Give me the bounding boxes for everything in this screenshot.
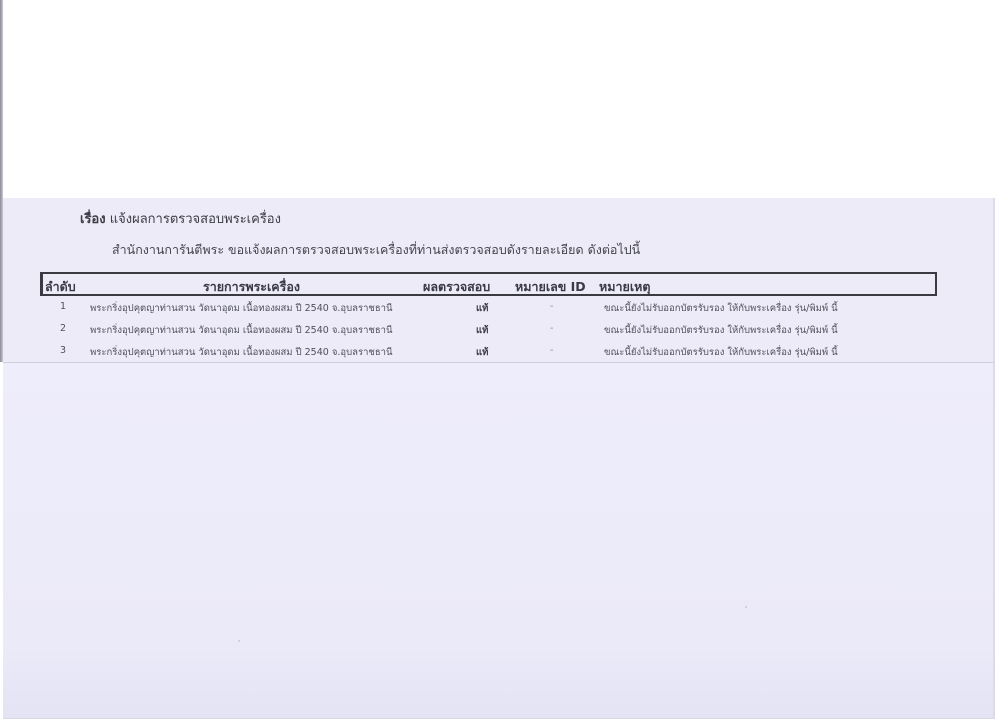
subject-label: เรื่อง xyxy=(80,212,106,227)
table-header: ลำดับ รายการพระเครื่อง ผลตรวจสอบ หมายเลข… xyxy=(40,272,937,296)
row-item: พระกริ่งอุปคุตญาท่านสวน วัดนาอุดม เนื้อท… xyxy=(90,301,392,316)
row-note: ขณะนี้ยังไม่รับออกบัตรรับรอง ให้กับพระเค… xyxy=(604,323,838,338)
subject-line: เรื่อง แจ้งผลการตรวจสอบพระเครื่อง xyxy=(80,208,281,229)
row-id: - xyxy=(550,323,553,334)
row-no: 1 xyxy=(60,301,66,312)
header-result: ผลตรวจสอบ xyxy=(423,277,490,297)
row-id: - xyxy=(550,345,553,356)
intro-paragraph: สำนักงานการันตีพระ ขอแจ้งผลการตรวจสอบพระ… xyxy=(112,240,640,260)
header-no: ลำดับ xyxy=(45,277,76,297)
row-result: แท้ xyxy=(476,323,488,338)
row-note: ขณะนี้ยังไม่รับออกบัตรรับรอง ให้กับพระเค… xyxy=(604,301,838,316)
scan-speck xyxy=(745,606,747,608)
paper-lower-section xyxy=(3,362,995,718)
table-row: 3 พระกริ่งอุปคุตญาท่านสวน วัดนาอุดม เนื้… xyxy=(40,342,937,362)
subject-text: แจ้งผลการตรวจสอบพระเครื่อง xyxy=(110,212,281,227)
row-result: แท้ xyxy=(476,301,488,316)
row-note: ขณะนี้ยังไม่รับออกบัตรรับรอง ให้กับพระเค… xyxy=(604,345,838,360)
row-item: พระกริ่งอุปคุตญาท่านสวน วัดนาอุดม เนื้อท… xyxy=(90,323,392,338)
table-row: 2 พระกริ่งอุปคุตญาท่านสวน วัดนาอุดม เนื้… xyxy=(40,320,937,340)
row-item: พระกริ่งอุปคุตญาท่านสวน วัดนาอุดม เนื้อท… xyxy=(90,345,392,360)
table-row: 1 พระกริ่งอุปคุตญาท่านสวน วัดนาอุดม เนื้… xyxy=(40,298,937,318)
row-id: - xyxy=(550,301,553,312)
row-no: 2 xyxy=(60,323,66,334)
scan-speck xyxy=(238,640,240,642)
row-result: แท้ xyxy=(476,345,488,360)
header-item: รายการพระเครื่อง xyxy=(203,277,300,297)
row-no: 3 xyxy=(60,345,66,356)
header-id: หมายเลข ID xyxy=(515,277,586,297)
header-note: หมายเหตุ xyxy=(599,277,650,297)
